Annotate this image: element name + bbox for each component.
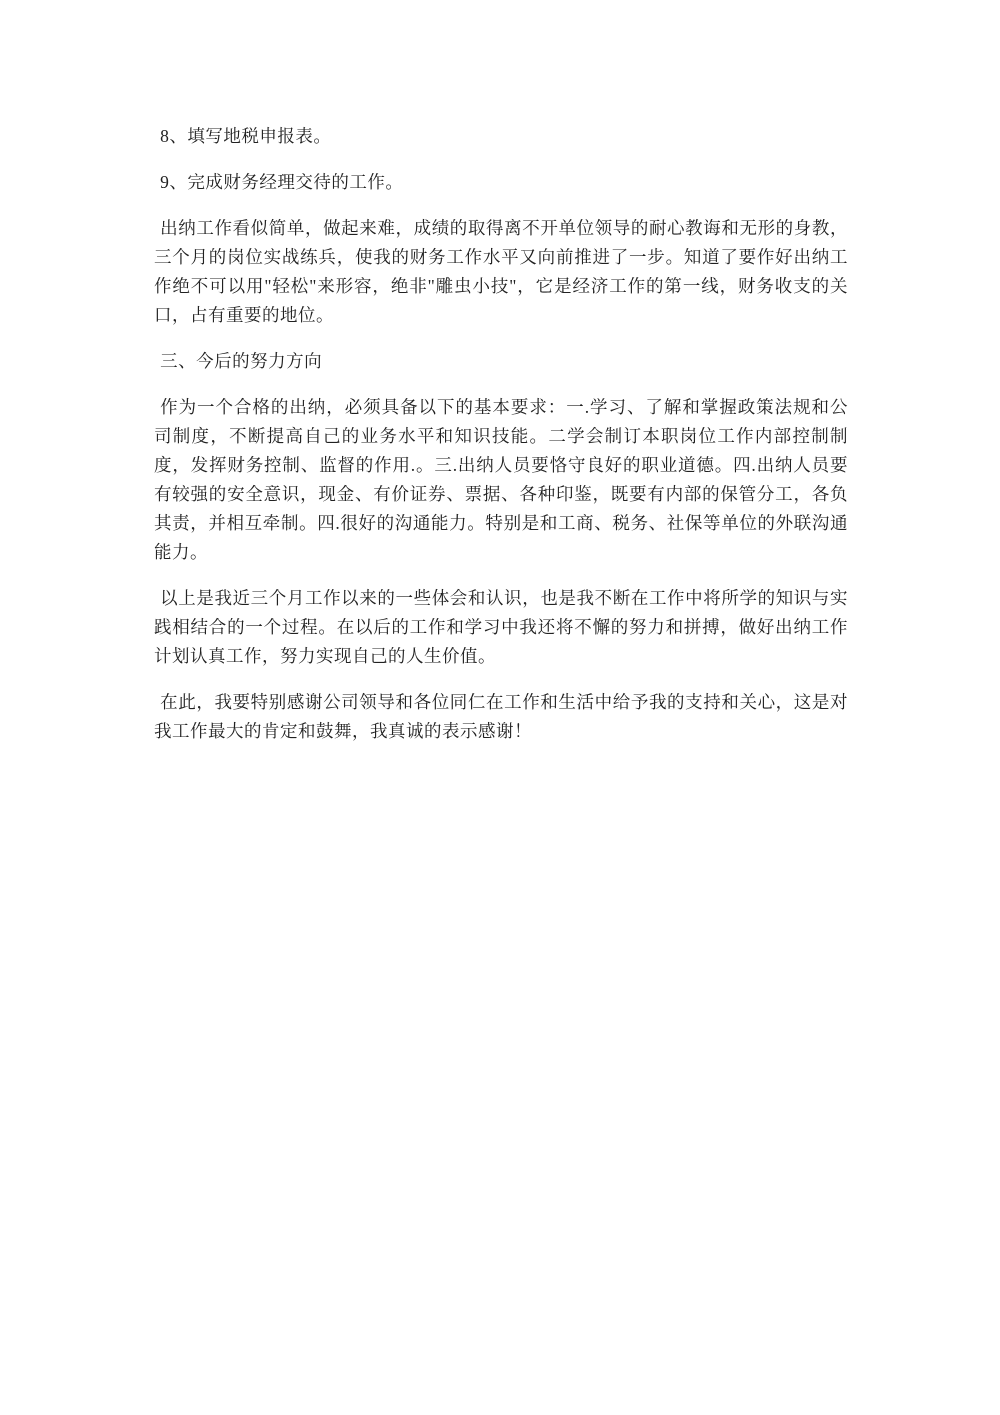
- section-heading-future-direction: 三、今后的努力方向: [154, 347, 848, 376]
- paragraph-cashier-summary: 出纳工作看似简单，做起来难，成绩的取得离不开单位领导的耐心教诲和无形的身教，三个…: [154, 214, 848, 330]
- numbered-item-8: 8、填写地税申报表。: [154, 122, 848, 151]
- numbered-item-9: 9、完成财务经理交待的工作。: [154, 168, 848, 197]
- paragraph-basic-requirements: 作为一个合格的出纳，必须具备以下的基本要求：一.学习、了解和掌握政策法规和公司制…: [154, 393, 848, 567]
- document-page: 8、填写地税申报表。 9、完成财务经理交待的工作。 出纳工作看似简单，做起来难，…: [0, 0, 1000, 1415]
- paragraph-thanks: 在此，我要特别感谢公司领导和各位同仁在工作和生活中给予我的支持和关心，这是对我工…: [154, 688, 848, 746]
- paragraph-experience-reflection: 以上是我近三个月工作以来的一些体会和认识，也是我不断在工作中将所学的知识与实践相…: [154, 584, 848, 671]
